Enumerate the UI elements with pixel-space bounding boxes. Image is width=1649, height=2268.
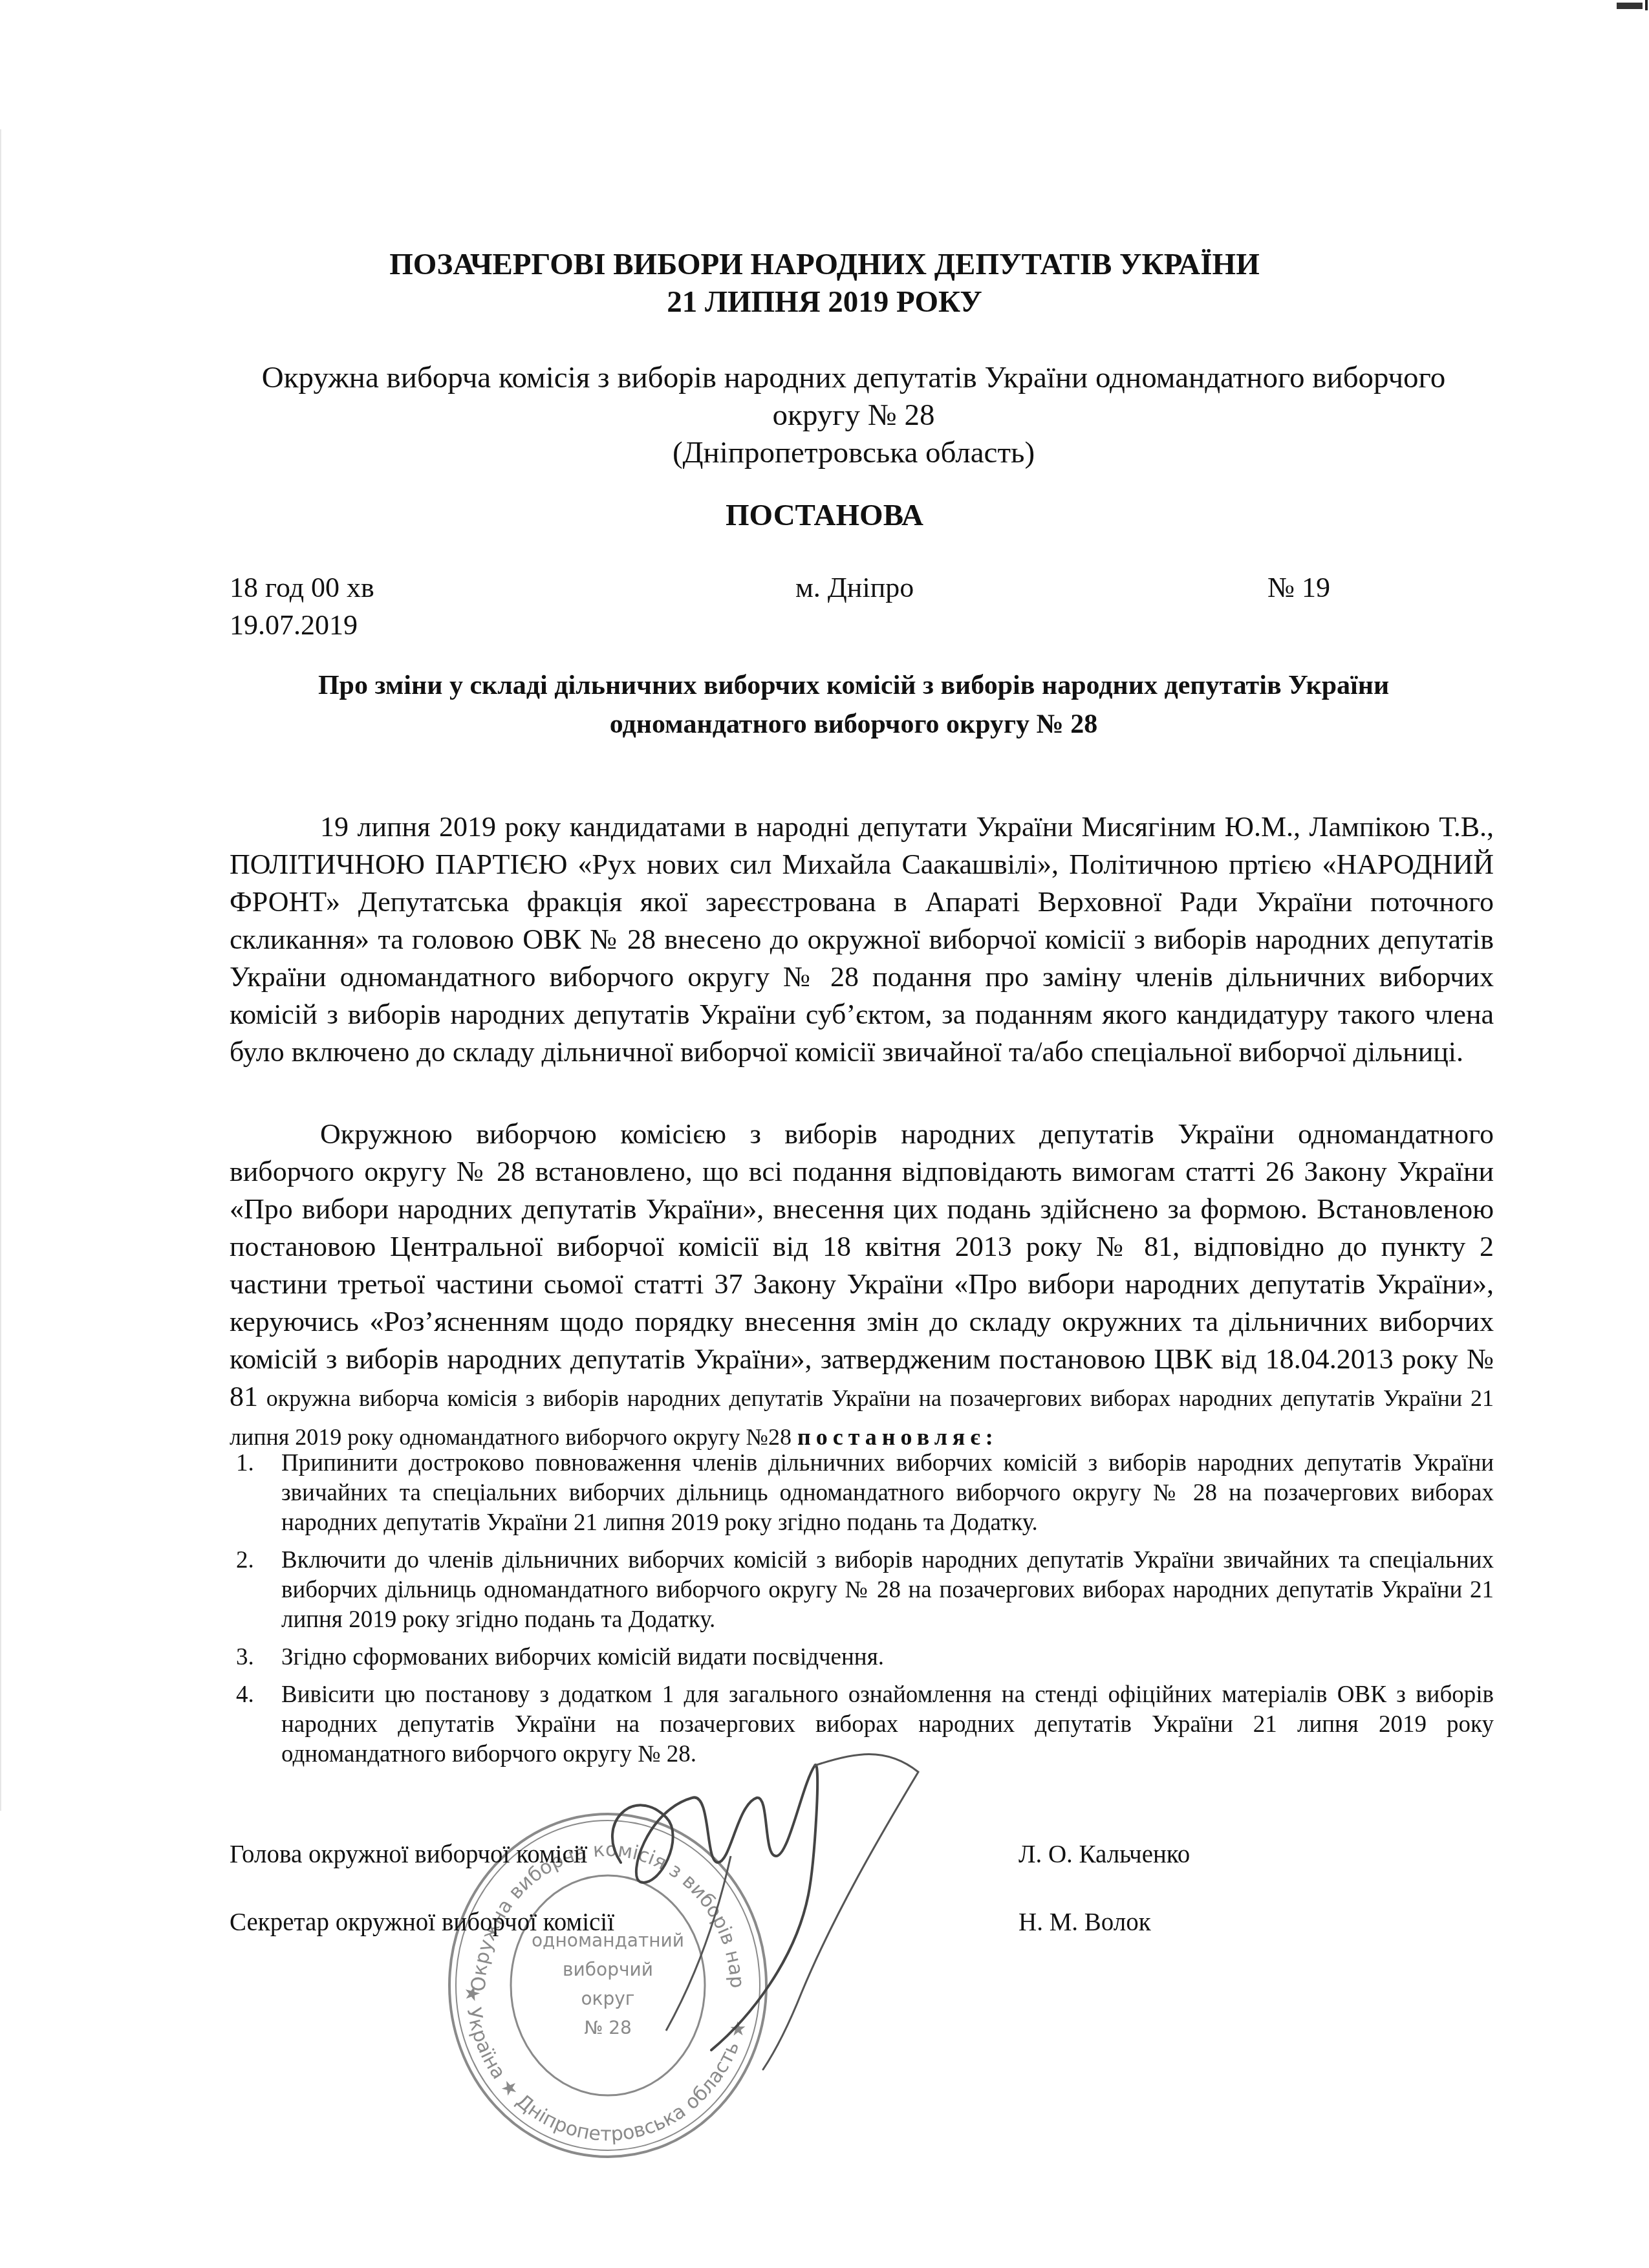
scan-mark [1645, 0, 1648, 10]
commission-line1: Окружна виборча комісія з виборів народн… [213, 359, 1494, 396]
signer-role: Секретар окружної виборчої комісії [230, 1908, 614, 1937]
document-date: 19.07.2019 [230, 607, 374, 644]
signer-name: Н. М. Волок [1018, 1908, 1151, 1937]
resolution-number: 4. [230, 1680, 281, 1769]
resolution-number: 3. [230, 1643, 281, 1672]
resolution-number: 2. [230, 1546, 281, 1635]
commission-region: (Дніпропетровська область) [213, 434, 1494, 471]
document-subject: Про зміни у складі дільничних виборчих к… [213, 666, 1494, 744]
resolution-text: Припинити достроково повноваження членів… [281, 1449, 1494, 1538]
signer-role: Голова окружної виборчої комісії [230, 1840, 587, 1869]
resolution-item: 3.Згідно сформованих виборчих комісій ви… [230, 1643, 1494, 1672]
resolves-keyword: постановляє: [797, 1424, 998, 1450]
document-type: ПОСТАНОВА [0, 498, 1649, 533]
paragraph-2-main: Окружною виборчою комісією з виборів нар… [230, 1118, 1494, 1412]
resolution-item: 2.Включити до членів дільничних виборчих… [230, 1546, 1494, 1635]
paragraph-2: Окружною виборчою комісією з виборів нар… [230, 1116, 1494, 1456]
resolutions-list: 1.Припинити достроково повноваження член… [230, 1449, 1494, 1777]
scan-mark [1617, 3, 1643, 9]
scan-edge [0, 129, 1, 1811]
resolution-item: 1.Припинити достроково повноваження член… [230, 1449, 1494, 1538]
resolution-text: Включити до членів дільничних виборчих к… [281, 1546, 1494, 1635]
signature-icon [582, 1746, 1048, 2082]
subject-line1: Про зміни у складі дільничних виборчих к… [213, 666, 1494, 705]
commission-name: Окружна виборча комісія з виборів народн… [213, 359, 1494, 471]
document-time: 18 год 00 хв [230, 569, 374, 607]
resolution-number: 1. [230, 1449, 281, 1538]
document-time-date: 18 год 00 хв 19.07.2019 [230, 569, 374, 644]
election-date-line: 21 ЛИПНЯ 2019 РОКУ [0, 283, 1649, 321]
subject-line2: одномандатного виборчого округу № 28 [213, 705, 1494, 744]
election-title-line1: ПОЗАЧЕРГОВІ ВИБОРИ НАРОДНИХ ДЕПУТАТІВ УК… [0, 246, 1649, 283]
commission-line2: округу № 28 [213, 396, 1494, 434]
signer-name: Л. О. Кальченко [1018, 1840, 1190, 1869]
resolution-text: Згідно сформованих виборчих комісій вида… [281, 1643, 1494, 1672]
document-number: № 19 [1267, 569, 1330, 607]
paragraph-1: 19 липня 2019 року кандидатами в народні… [230, 808, 1494, 1071]
election-title: ПОЗАЧЕРГОВІ ВИБОРИ НАРОДНИХ ДЕПУТАТІВ УК… [0, 246, 1649, 321]
document-city: м. Дніпро [795, 569, 914, 607]
